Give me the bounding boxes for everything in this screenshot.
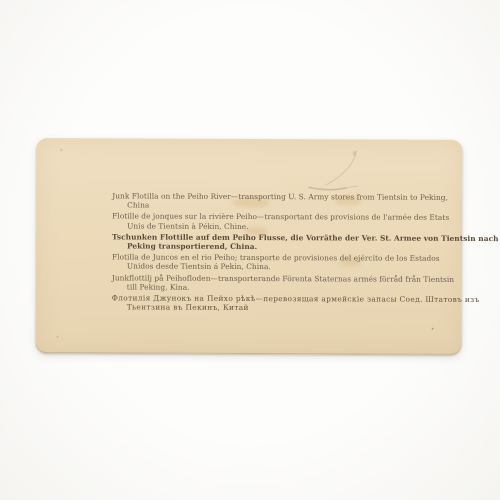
caption-german: Tschunken Flottille auf dem Peiho Flusse… xyxy=(112,232,499,252)
caption-russian: Флотилія Джунокъ на Пейхо рѣкѣ—перевозящ… xyxy=(112,293,499,313)
caption-line-2: Unidos desde Tientsin á Pekin, China. xyxy=(127,262,271,272)
caption-line-2: China xyxy=(127,201,149,210)
caption-english: Junk Flotilla on the Peiho River—transpo… xyxy=(112,191,499,211)
caption-block: Junk Flotilla on the Peiho River—transpo… xyxy=(112,191,499,315)
foxing-speck xyxy=(57,336,59,338)
stereocard-back: Junk Flotilla on the Peiho River—transpo… xyxy=(36,138,463,355)
caption-french: Flotille de jonques sur la rivière Peiho… xyxy=(112,212,499,232)
caption-line-2: Peking transportierend, China. xyxy=(127,241,257,251)
foxing-speck xyxy=(60,149,62,151)
caption-swedish: Junkflottilj på Peihofloden—transportera… xyxy=(112,273,499,293)
caption-line-1: Junk Flotilla on the Peiho River—transpo… xyxy=(112,191,448,201)
photo-background: Junk Flotilla on the Peiho River—transpo… xyxy=(0,0,500,500)
caption-line-2: Unis de Tientsin à Pékin, Chine. xyxy=(127,221,249,231)
foxing-speck xyxy=(432,328,434,330)
caption-line-2: till Peking, Kina. xyxy=(127,282,190,291)
caption-line-2: Тьентзина въ Пекинъ, Китай xyxy=(127,303,249,313)
caption-spanish: Flotilla de Juncos en el rio Peiho; tran… xyxy=(112,253,499,273)
